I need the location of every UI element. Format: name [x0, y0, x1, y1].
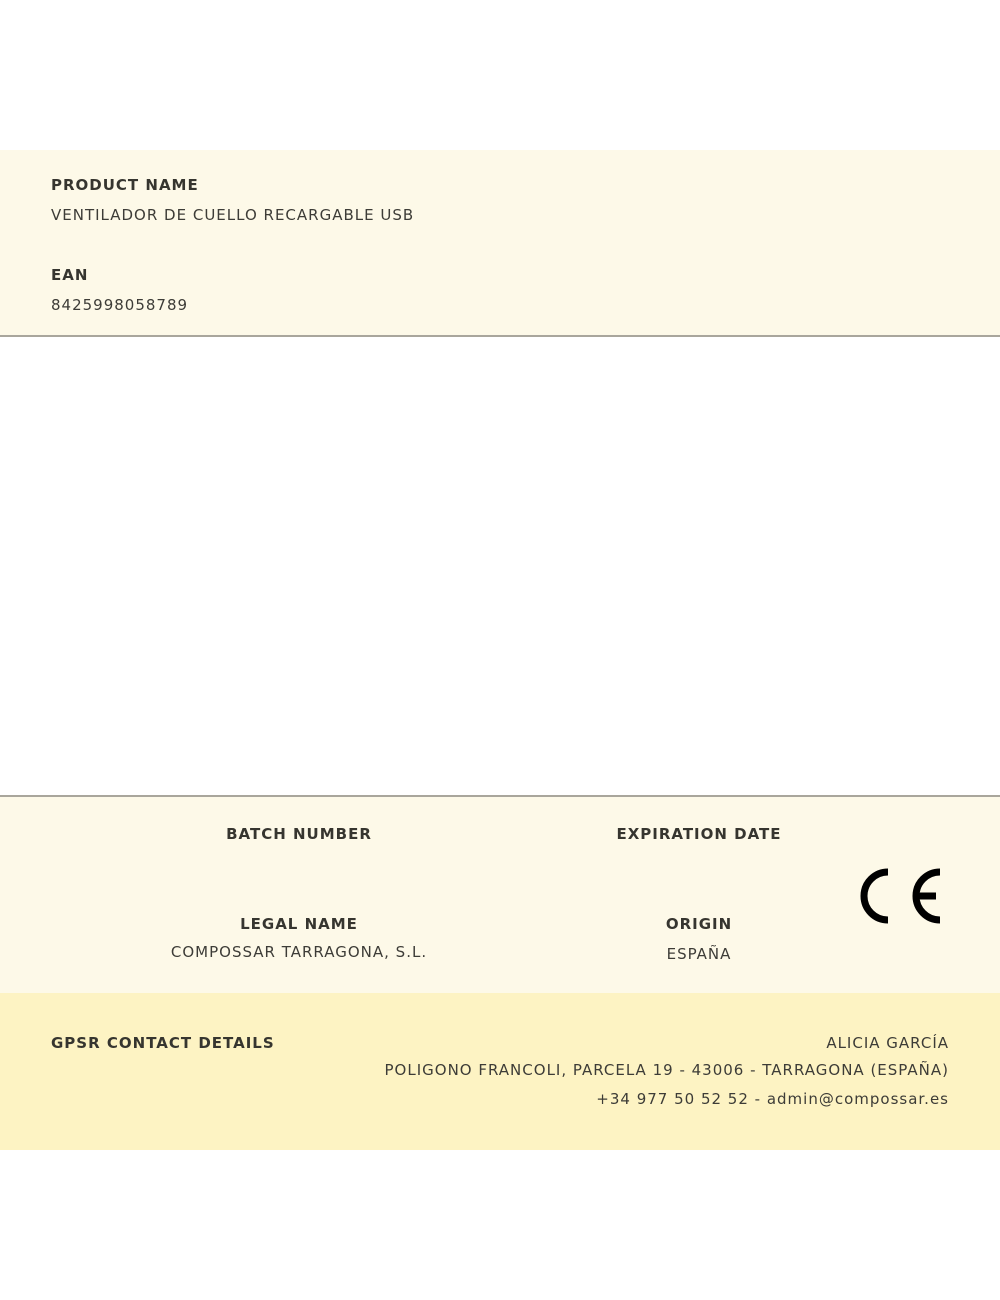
legal-name-value: COMPOSSAR TARRAGONA, S.L. [171, 943, 427, 961]
gpsr-contact-panel: GPSR CONTACT DETAILS ALICIA GARCÍA POLIG… [0, 993, 1000, 1150]
ean-label: EAN [51, 266, 88, 284]
ean-value: 8425998058789 [51, 296, 188, 314]
gpsr-contact-name: ALICIA GARCÍA [826, 1034, 949, 1052]
batch-details-panel: BATCH NUMBER EXPIRATION DATE LEGAL NAME … [0, 795, 1000, 995]
gpsr-address: POLIGONO FRANCOLI, PARCELA 19 - 43006 - … [385, 1061, 950, 1079]
origin-value: ESPAÑA [667, 945, 732, 963]
product-name-label: PRODUCT NAME [51, 176, 199, 194]
product-info-panel: PRODUCT NAME VENTILADOR DE CUELLO RECARG… [0, 150, 1000, 337]
legal-name-label: LEGAL NAME [240, 915, 358, 933]
expiration-date-label: EXPIRATION DATE [616, 825, 781, 843]
batch-number-label: BATCH NUMBER [226, 825, 372, 843]
gpsr-phone-email[interactable]: +34 977 50 52 52 - admin@compossar.es [596, 1090, 949, 1108]
ce-mark-icon [858, 866, 942, 926]
origin-label: ORIGIN [666, 915, 732, 933]
product-name-value: VENTILADOR DE CUELLO RECARGABLE USB [51, 206, 414, 224]
gpsr-label: GPSR CONTACT DETAILS [51, 1034, 275, 1052]
